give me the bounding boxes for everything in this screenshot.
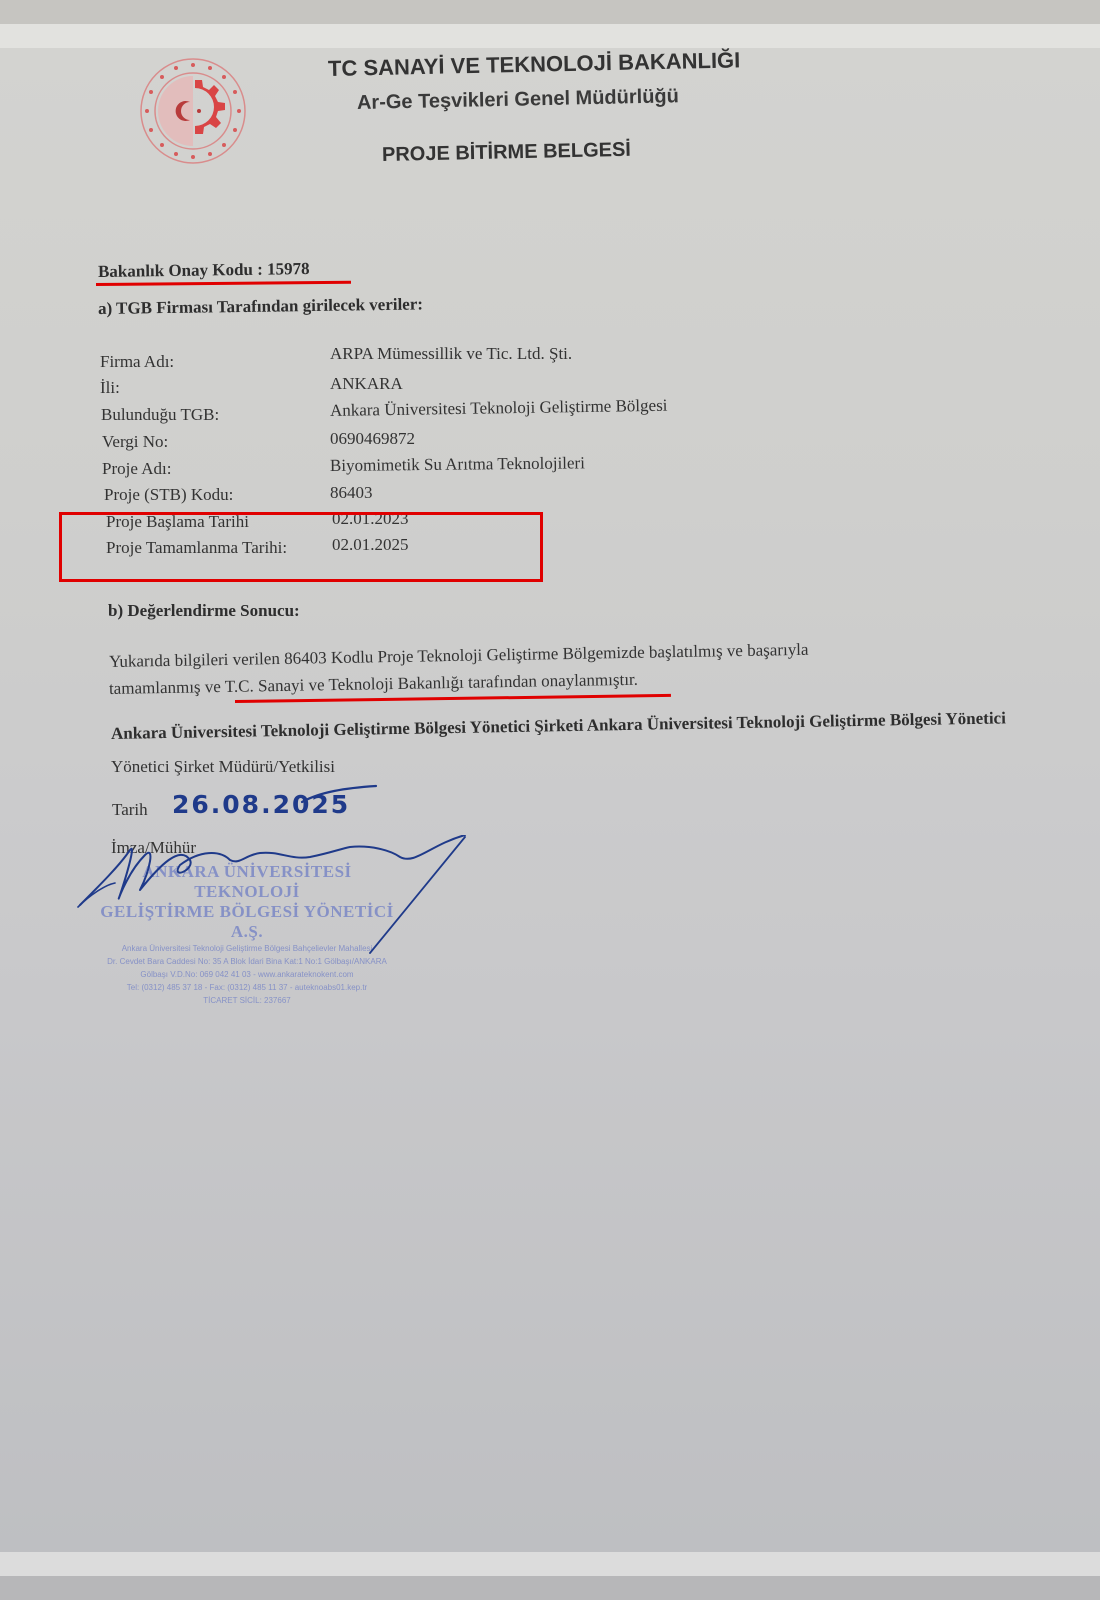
ministry-emblem-icon [138, 56, 248, 166]
stamp-line: ANKARA ÜNİVERSİTESİ TEKNOLOJİ [92, 862, 402, 902]
field-row-tgb: Bulunduğu TGB: Ankara Üniversitesi Tekno… [0, 405, 1100, 431]
field-row-project-name: Proje Adı: Biyomimetik Su Arıtma Teknolo… [0, 459, 1100, 485]
stamp-line: Dr. Cevdet Bara Caddesi No: 35 A Blok İd… [92, 955, 402, 968]
stamp-line: Tel: (0312) 485 37 18 - Fax: (0312) 485 … [92, 981, 402, 994]
section-b-title: b) Değerlendirme Sonucu: [108, 601, 300, 621]
approval-code: Bakanlık Onay Kodu : 15978 [98, 259, 310, 282]
top-background-strip [0, 0, 1100, 24]
bottom-background-strip [0, 1576, 1100, 1600]
stamp-line: GELİŞTİRME BÖLGESİ YÖNETİCİ A.Ş. [92, 902, 402, 942]
field-row-project-code: Proje (STB) Kodu: 86403 [0, 485, 1100, 511]
top-light-band [0, 24, 1100, 48]
field-value: 0690469872 [330, 429, 415, 449]
field-label: Firma Adı: [100, 352, 174, 372]
handwriting-flourish-icon [300, 782, 380, 806]
field-label: Proje Adı: [102, 459, 171, 479]
field-value: ARPA Mümessillik ve Tic. Ltd. Şti. [330, 344, 572, 364]
bottom-light-band [0, 1552, 1100, 1576]
stamp-line: Gölbaşı V.D.No: 069 042 41 03 - www.anka… [92, 968, 402, 981]
field-value: Biyomimetik Su Arıtma Teknolojileri [330, 453, 585, 476]
field-label: Proje (STB) Kodu: [104, 485, 233, 505]
result-text-prefix: tamamlanmış ve [109, 677, 225, 698]
field-value: ANKARA [330, 374, 403, 394]
field-row-firm-name: Firma Adı: ARPA Mümessillik ve Tic. Ltd.… [0, 352, 1100, 378]
field-value: Ankara Üniversitesi Teknoloji Geliştirme… [330, 396, 668, 421]
field-value: 86403 [330, 483, 373, 503]
stamp-line: Ankara Üniversitesi Teknoloji Geliştirme… [92, 942, 402, 955]
field-label: İli: [100, 378, 120, 398]
stamp-line: TİCARET SİCİL: 237667 [92, 994, 402, 1007]
field-label: Bulunduğu TGB: [101, 405, 219, 425]
signature-label: İmza/Mühür [111, 838, 196, 858]
signatory-role: Yönetici Şirket Müdürü/Yetkilisi [111, 757, 335, 777]
company-stamp: ANKARA ÜNİVERSİTESİ TEKNOLOJİ GELİŞTİRME… [92, 862, 402, 972]
date-label: Tarih [112, 800, 148, 820]
dates-red-highlight-box [59, 512, 543, 582]
field-label: Vergi No: [102, 432, 168, 452]
